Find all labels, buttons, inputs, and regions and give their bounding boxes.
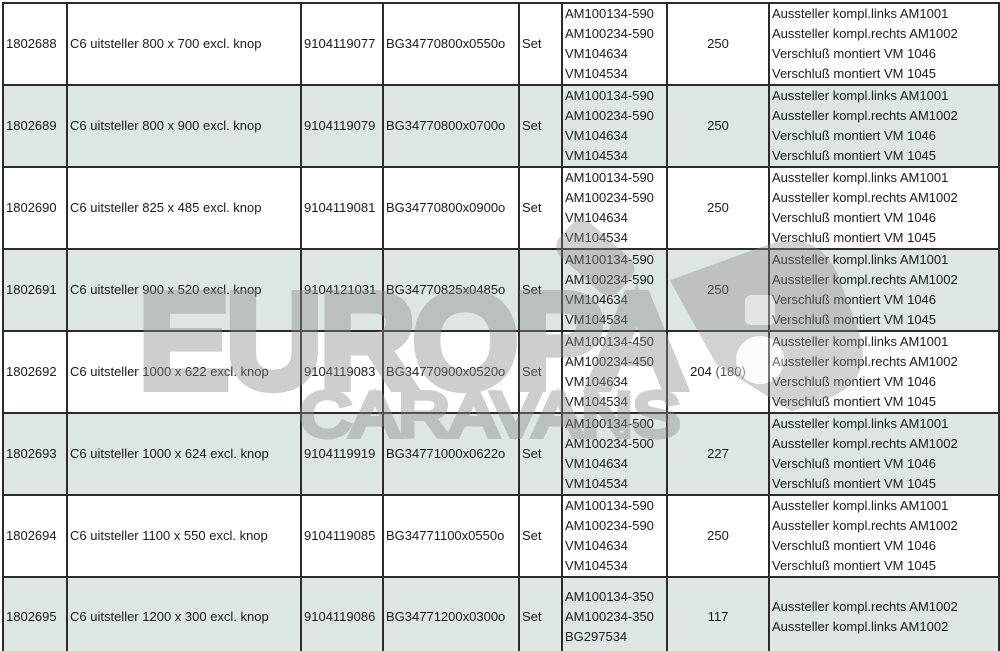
table-row: 1802690 C6 uitsteller 825 x 485 excl. kn… (3, 167, 999, 249)
component-item: AM100234-590 (565, 270, 664, 290)
description: C6 uitsteller 1000 x 622 excl. knop (67, 331, 301, 413)
component-item: VM104534 (565, 64, 664, 84)
bg-code: BG34771100x0550o (383, 495, 519, 577)
note-item: Aussteller kompl.rechts AM1002 (772, 516, 996, 536)
item-code: 9104119083 (301, 331, 383, 413)
article-number: 1802689 (3, 85, 67, 167)
component-item: AM100134-350 (565, 587, 664, 607)
article-number: 1802693 (3, 413, 67, 495)
description: C6 uitsteller 1200 x 300 excl. knop (67, 577, 301, 651)
note-item: Verschluß montiert VM 1045 (772, 228, 996, 248)
component-item: VM104634 (565, 290, 664, 310)
bg-code: BG34771000x0622o (383, 413, 519, 495)
description: C6 uitsteller 900 x 520 excl. knop (67, 249, 301, 331)
parts-table: 1802688 C6 uitsteller 800 x 700 excl. kn… (2, 2, 1000, 651)
item-code: 9104119086 (301, 577, 383, 651)
unit: Set (519, 167, 562, 249)
note-item: Aussteller kompl.rechts AM1002 (772, 434, 996, 454)
note-item: Aussteller kompl.rechts AM1002 (772, 106, 996, 126)
note-item: Verschluß montiert VM 1045 (772, 146, 996, 166)
component-item: VM104634 (565, 536, 664, 556)
unit: Set (519, 495, 562, 577)
quantity: 227 (667, 413, 769, 495)
quantity-value: 250 (707, 528, 729, 543)
note-item: Verschluß montiert VM 1045 (772, 392, 996, 412)
bg-code: BG34770800x0900o (383, 167, 519, 249)
quantity-value: 204 (690, 364, 712, 379)
component-list: AM100134-590AM100234-590VM104634VM104534 (562, 85, 667, 167)
note-item: Verschluß montiert VM 1046 (772, 44, 996, 64)
table-row: 1802693 C6 uitsteller 1000 x 624 excl. k… (3, 413, 999, 495)
quantity-value: 250 (707, 282, 729, 297)
table-row: 1802689 C6 uitsteller 800 x 900 excl. kn… (3, 85, 999, 167)
notes-list: Aussteller kompl.links AM1001Aussteller … (769, 249, 999, 331)
component-item: AM100234-500 (565, 434, 664, 454)
parts-table-body: 1802688 C6 uitsteller 800 x 700 excl. kn… (3, 3, 999, 651)
component-item: AM100134-590 (565, 496, 664, 516)
description: C6 uitsteller 1100 x 550 excl. knop (67, 495, 301, 577)
notes-list: Aussteller kompl.links AM1001Aussteller … (769, 495, 999, 577)
note-item: Verschluß montiert VM 1046 (772, 126, 996, 146)
bg-code: BG34770800x0700o (383, 85, 519, 167)
component-item: VM104534 (565, 310, 664, 330)
notes-list: Aussteller kompl.links AM1001Aussteller … (769, 413, 999, 495)
description: C6 uitsteller 1000 x 624 excl. knop (67, 413, 301, 495)
unit: Set (519, 577, 562, 651)
component-item: AM100234-590 (565, 24, 664, 44)
quantity-value: 250 (707, 36, 729, 51)
unit: Set (519, 331, 562, 413)
note-item: Verschluß montiert VM 1046 (772, 290, 996, 310)
note-item: Verschluß montiert VM 1046 (772, 536, 996, 556)
item-code: 9104119085 (301, 495, 383, 577)
item-code: 9104119919 (301, 413, 383, 495)
component-item: AM100134-590 (565, 250, 664, 270)
component-list: AM100134-500AM100234-500VM104634VM104534 (562, 413, 667, 495)
component-item: VM104534 (565, 474, 664, 494)
note-item: Aussteller kompl.links AM1001 (772, 86, 996, 106)
bg-code: BG34770825x0485o (383, 249, 519, 331)
quantity: 250 (667, 249, 769, 331)
note-item: Aussteller kompl.links AM1001 (772, 332, 996, 352)
component-item: BG297534 (565, 627, 664, 647)
note-item: Aussteller kompl.rechts AM1002 (772, 24, 996, 44)
item-code: 9104119079 (301, 85, 383, 167)
component-item: AM100134-590 (565, 4, 664, 24)
component-item: AM100234-350 (565, 607, 664, 627)
article-number: 1802695 (3, 577, 67, 651)
notes-list: Aussteller kompl.rechts AM1002Aussteller… (769, 577, 999, 651)
note-item: Verschluß montiert VM 1046 (772, 208, 996, 228)
notes-list: Aussteller kompl.links AM1001Aussteller … (769, 167, 999, 249)
component-item: VM104634 (565, 208, 664, 228)
component-item: VM104634 (565, 372, 664, 392)
component-item: VM104534 (565, 228, 664, 248)
article-number: 1802691 (3, 249, 67, 331)
table-row: 1802694 C6 uitsteller 1100 x 550 excl. k… (3, 495, 999, 577)
item-code: 9104121031 (301, 249, 383, 331)
note-item: Aussteller kompl.rechts AM1002 (772, 352, 996, 372)
quantity: 250 (667, 85, 769, 167)
description: C6 uitsteller 825 x 485 excl. knop (67, 167, 301, 249)
quantity: 250 (667, 167, 769, 249)
note-item: Verschluß montiert VM 1046 (772, 372, 996, 392)
unit: Set (519, 413, 562, 495)
item-code: 9104119081 (301, 167, 383, 249)
table-row: 1802688 C6 uitsteller 800 x 700 excl. kn… (3, 3, 999, 85)
note-item: Verschluß montiert VM 1045 (772, 556, 996, 576)
component-item: AM100234-590 (565, 106, 664, 126)
article-number: 1802688 (3, 3, 67, 85)
note-item: Aussteller kompl.links AM1001 (772, 414, 996, 434)
article-number: 1802692 (3, 331, 67, 413)
unit: Set (519, 3, 562, 85)
note-item: Aussteller kompl.links AM1001 (772, 496, 996, 516)
table-row: 1802692 C6 uitsteller 1000 x 622 excl. k… (3, 331, 999, 413)
component-item: AM100234-590 (565, 516, 664, 536)
description: C6 uitsteller 800 x 700 excl. knop (67, 3, 301, 85)
note-item: Aussteller kompl.links AM1001 (772, 4, 996, 24)
component-list: AM100134-450AM100234-450VM104634VM104534 (562, 331, 667, 413)
component-list: AM100134-590AM100234-590VM104634VM104534 (562, 495, 667, 577)
note-item: Verschluß montiert VM 1046 (772, 454, 996, 474)
unit: Set (519, 85, 562, 167)
quantity: 117 (667, 577, 769, 651)
component-list: AM100134-590AM100234-590VM104634VM104534 (562, 3, 667, 85)
component-item: AM100134-450 (565, 332, 664, 352)
notes-list: Aussteller kompl.links AM1001Aussteller … (769, 85, 999, 167)
bg-code: BG34770800x0550o (383, 3, 519, 85)
note-item: Aussteller kompl.links AM1001 (772, 168, 996, 188)
component-item: AM100134-590 (565, 168, 664, 188)
bg-code: BG34771200x0300o (383, 577, 519, 651)
component-list: AM100134-590AM100234-590VM104634VM104534 (562, 167, 667, 249)
note-item: Verschluß montiert VM 1045 (772, 474, 996, 494)
table-row: 1802691 C6 uitsteller 900 x 520 excl. kn… (3, 249, 999, 331)
note-item: Verschluß montiert VM 1045 (772, 310, 996, 330)
quantity-alt-value: (180) (715, 364, 745, 379)
notes-list: Aussteller kompl.links AM1001Aussteller … (769, 331, 999, 413)
component-item: AM100234-450 (565, 352, 664, 372)
component-item: VM104634 (565, 44, 664, 64)
note-item: Aussteller kompl.links AM1002 (772, 617, 996, 637)
table-row: 1802695 C6 uitsteller 1200 x 300 excl. k… (3, 577, 999, 651)
item-code: 9104119077 (301, 3, 383, 85)
note-item: Aussteller kompl.rechts AM1002 (772, 597, 996, 617)
component-item: VM104634 (565, 454, 664, 474)
bg-code: BG34770900x0520o (383, 331, 519, 413)
quantity-value: 227 (707, 446, 729, 461)
article-number: 1802694 (3, 495, 67, 577)
note-item: Aussteller kompl.links AM1001 (772, 250, 996, 270)
unit: Set (519, 249, 562, 331)
description: C6 uitsteller 800 x 900 excl. knop (67, 85, 301, 167)
note-item: Aussteller kompl.rechts AM1002 (772, 188, 996, 208)
notes-list: Aussteller kompl.links AM1001Aussteller … (769, 3, 999, 85)
quantity: 204 (180) (667, 331, 769, 413)
component-item: AM100134-500 (565, 414, 664, 434)
component-item: VM104534 (565, 556, 664, 576)
quantity-value: 250 (707, 200, 729, 215)
component-item: AM100234-590 (565, 188, 664, 208)
note-item: Aussteller kompl.rechts AM1002 (772, 270, 996, 290)
quantity: 250 (667, 3, 769, 85)
component-list: AM100134-590AM100234-590VM104634VM104534 (562, 249, 667, 331)
component-item: VM104634 (565, 126, 664, 146)
quantity: 250 (667, 495, 769, 577)
quantity-value: 250 (707, 118, 729, 133)
component-list: AM100134-350AM100234-350BG297534 (562, 577, 667, 651)
component-item: VM104534 (565, 392, 664, 412)
article-number: 1802690 (3, 167, 67, 249)
note-item: Verschluß montiert VM 1045 (772, 64, 996, 84)
quantity-value: 117 (708, 609, 729, 624)
component-item: VM104534 (565, 146, 664, 166)
component-item: AM100134-590 (565, 86, 664, 106)
